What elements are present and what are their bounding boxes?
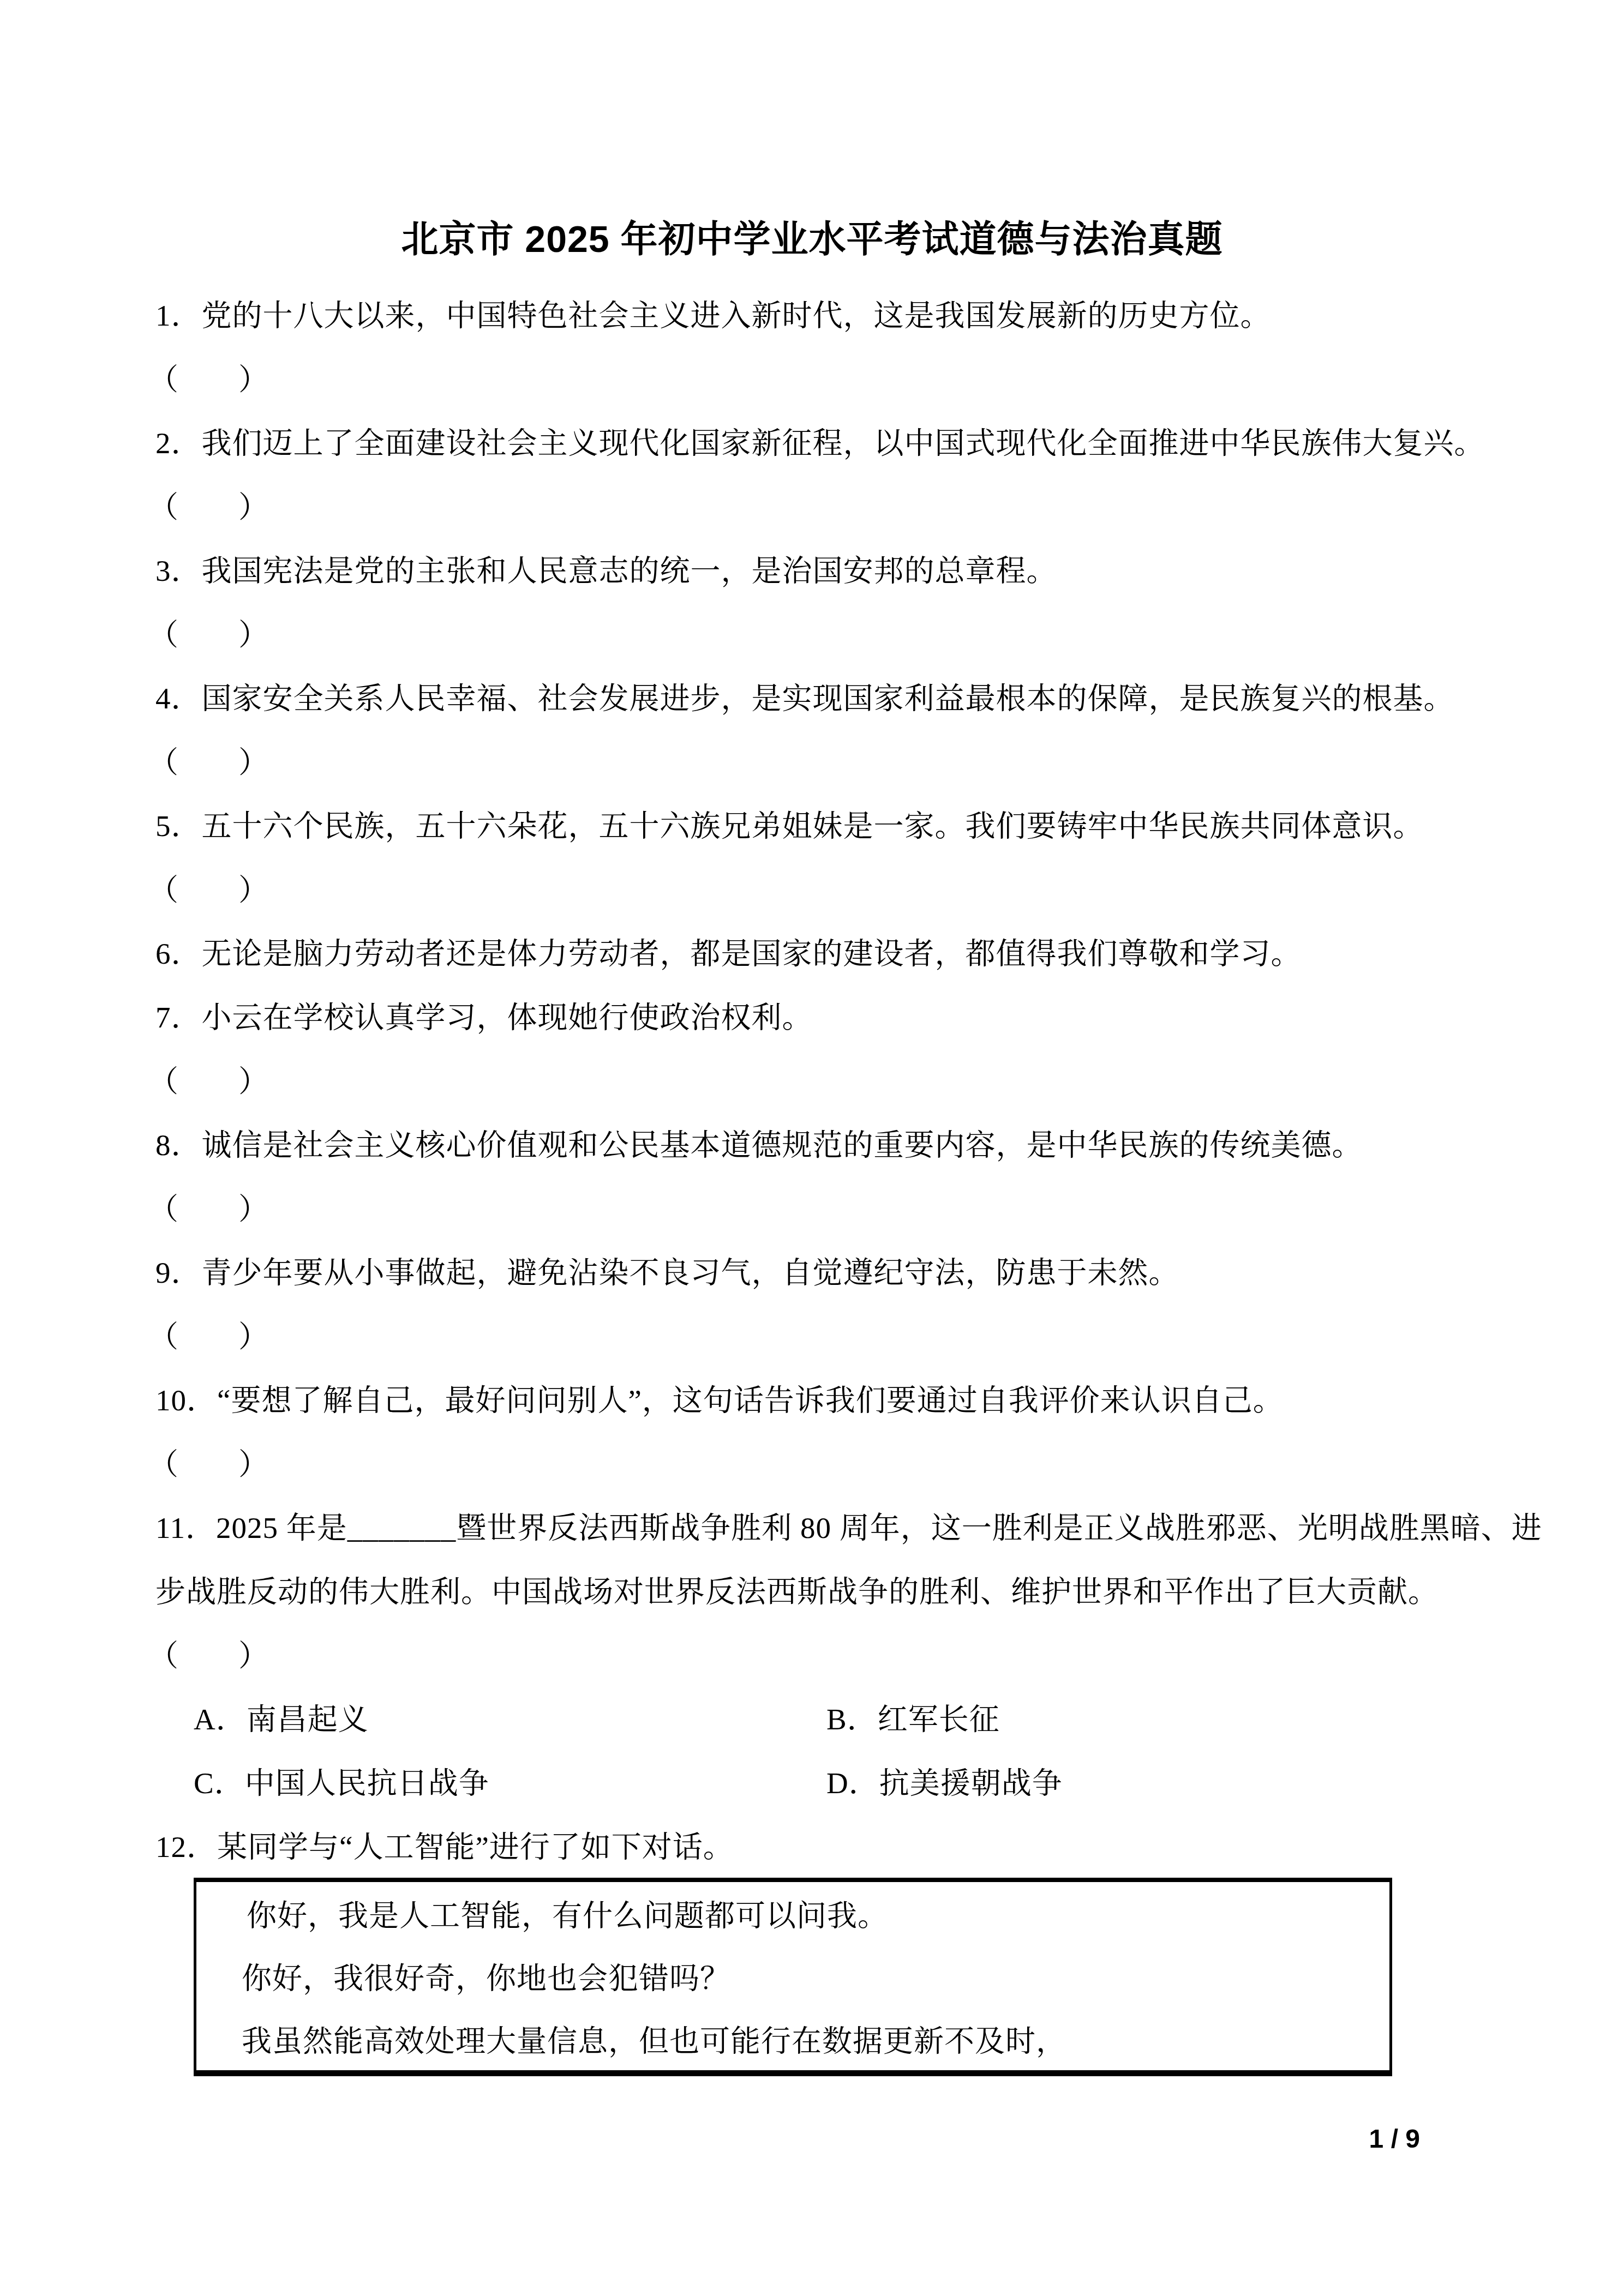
question-11-line-1: 11．2025 年是_______暨世界反法西斯战争胜利 80 周年，这一胜利是… bbox=[155, 1513, 1542, 1543]
question-5: 5．五十六个民族，五十六朵花，五十六族兄弟姐妹是一家。我们要铸牢中华民族共同体意… bbox=[155, 811, 1424, 842]
answer-blank-8: （ ） bbox=[148, 1194, 268, 1224]
answer-blank-3: （ ） bbox=[148, 620, 268, 650]
document-title: 北京市 2025 年初中学业水平考试道德与法治真题 bbox=[0, 220, 1624, 259]
question-8: 8．诚信是社会主义核心价值观和公民基本道德规范的重要内容，是中华民族的传统美德。 bbox=[155, 1130, 1363, 1161]
question-12: 12．某同学与“人工智能”进行了如下对话。 bbox=[155, 1832, 734, 1862]
option-c: C．中国人民抗日战争 bbox=[194, 1768, 489, 1799]
option-b: B．红军长征 bbox=[826, 1704, 1000, 1735]
option-d: D．抗美援朝战争 bbox=[826, 1768, 1063, 1799]
answer-blank-7: （ ） bbox=[148, 1066, 268, 1097]
answer-blank-11: （ ） bbox=[148, 1640, 268, 1671]
dialog-line-3: 我虽然能高效处理大量信息，但也可能行在数据更新不及时， bbox=[242, 2026, 1066, 2057]
answer-blank-10: （ ） bbox=[148, 1449, 268, 1480]
option-a: A．南昌起义 bbox=[194, 1704, 369, 1735]
question-2: 2．我们迈上了全面建设社会主义现代化国家新征程，以中国式现代化全面推进中华民族伟… bbox=[155, 428, 1485, 459]
question-6: 6．无论是脑力劳动者还是体力劳动者，都是国家的建设者，都值得我们尊敬和学习。 bbox=[155, 939, 1302, 969]
answer-blank-2: （ ） bbox=[148, 492, 268, 522]
question-7: 7．小云在学校认真学习，体现她行使政治权利。 bbox=[155, 1002, 813, 1033]
dialog-line-1: 你好，我是人工智能，有什么问题都可以问我。 bbox=[247, 1901, 888, 1931]
question-10: 10．“要想了解自己，最好问问别人”，这句话告诉我们要通过自我评价来认识自己。 bbox=[155, 1385, 1284, 1416]
question-3: 3．我国宪法是党的主张和人民意志的统一，是治国安邦的总章程。 bbox=[155, 556, 1057, 586]
question-11-line-2: 步战胜反动的伟大胜利。中国战场对世界反法西斯战争的胜利、维护世界和平作出了巨大贡… bbox=[155, 1577, 1439, 1607]
page-number: 1 / 9 bbox=[1256, 2126, 1420, 2153]
question-4: 4．国家安全关系人民幸福、社会发展进步，是实现国家利益最根本的保障，是民族复兴的… bbox=[155, 683, 1454, 714]
answer-blank-1: （ ） bbox=[148, 364, 268, 395]
exam-document-page: 北京市 2025 年初中学业水平考试道德与法治真题 1．党的十八大以来，中国特色… bbox=[0, 0, 1624, 2296]
question-1: 1．党的十八大以来，中国特色社会主义进入新时代，这是我国发展新的历史方位。 bbox=[155, 300, 1271, 331]
answer-blank-9: （ ） bbox=[148, 1321, 268, 1352]
answer-blank-4: （ ） bbox=[148, 747, 268, 778]
question-9: 9．青少年要从小事做起，避免沾染不良习气，自觉遵纪守法，防患于未然。 bbox=[155, 1258, 1179, 1288]
answer-blank-5: （ ） bbox=[148, 875, 268, 905]
dialog-line-2: 你好，我很好奇，你地也会犯错吗？ bbox=[242, 1963, 730, 1994]
